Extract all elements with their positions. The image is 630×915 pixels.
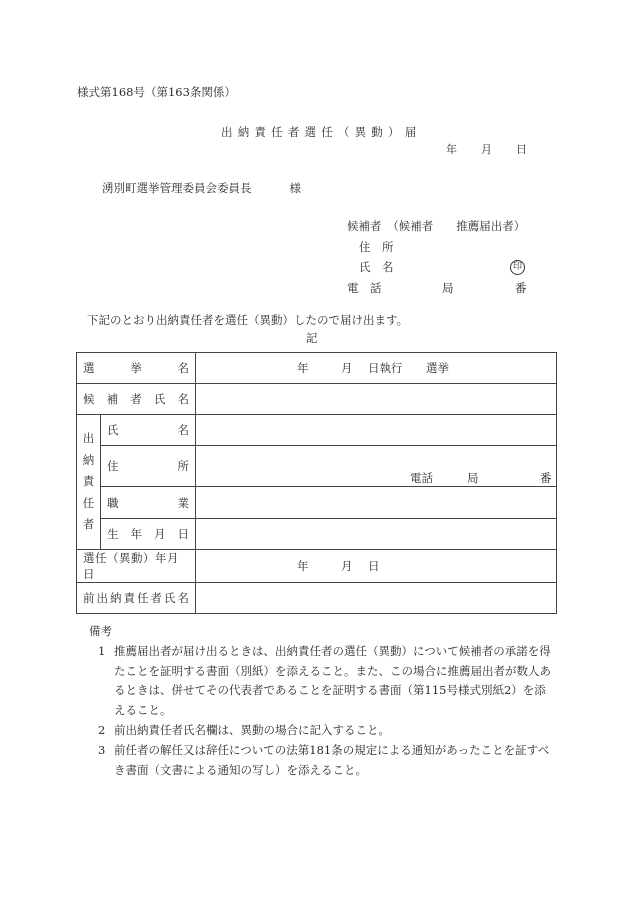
label-char: 者 bbox=[130, 391, 142, 407]
note-text: 前任者の解任又は辞任についての法第181条の規定による通知があったことを証すべき… bbox=[114, 741, 554, 781]
applicant-phone-exchange: 局 bbox=[442, 278, 454, 299]
label-treasurer-occupation: 職 業 bbox=[100, 487, 195, 519]
election-type: 選挙 bbox=[426, 360, 449, 376]
label-char: 年 bbox=[130, 526, 142, 542]
election-month: 月 bbox=[341, 360, 353, 376]
field-treasurer-birthdate[interactable] bbox=[195, 519, 556, 550]
field-treasurer-occupation[interactable] bbox=[195, 487, 556, 519]
label-char: 職 bbox=[107, 495, 119, 511]
addressee: 湧別町選挙管理委員会委員長様 bbox=[102, 180, 301, 196]
label-text: 選任（異動）年月日 bbox=[83, 551, 179, 581]
label-char: 名 bbox=[177, 422, 189, 438]
applicant-name: 氏 名 印 bbox=[347, 257, 549, 278]
applicant-name-label: 氏 名 bbox=[359, 260, 394, 274]
note-item: 2 前出納責任者氏名欄は、異動の場合に記入すること。 bbox=[89, 721, 554, 741]
row-treasurer-address: 住 所 電話 局 番 bbox=[77, 446, 557, 487]
applicant-address: 住 所 bbox=[347, 237, 549, 258]
treasurer-form-table: 選 挙 名 年 月 日執行 選挙 候 補 者 氏 名 bbox=[76, 352, 557, 614]
row-appointment-date: 選任（異動）年月日 年 月 日 bbox=[77, 550, 557, 583]
submission-date: 年月日 bbox=[446, 141, 527, 157]
applicant-phone-label: 電 話 bbox=[347, 278, 382, 299]
applicant-address-label: 住 所 bbox=[359, 240, 394, 254]
label-char: 名 bbox=[177, 590, 189, 606]
label-election-name: 選 挙 名 bbox=[77, 353, 196, 384]
field-election-name[interactable]: 年 月 日執行 選挙 bbox=[195, 353, 556, 384]
label-char: 前 bbox=[83, 590, 95, 606]
ki-heading: 記 bbox=[306, 330, 318, 346]
label-char: 所 bbox=[177, 458, 189, 474]
row-treasurer-name: 出 納 責 任 者 氏 名 bbox=[77, 415, 557, 446]
appointment-month: 月 bbox=[341, 558, 353, 574]
treasurer-phone-label: 電話 bbox=[410, 470, 433, 486]
label-char: 選 bbox=[83, 360, 95, 376]
addressee-honorific: 様 bbox=[290, 180, 302, 196]
field-appointment-date[interactable]: 年 月 日 bbox=[195, 550, 556, 583]
date-day: 日 bbox=[516, 141, 527, 157]
date-month: 月 bbox=[481, 141, 492, 157]
label-char: 住 bbox=[107, 458, 119, 474]
label-treasurer-birthdate: 生 年 月 日 bbox=[100, 519, 195, 550]
label-char: 候 bbox=[83, 391, 95, 407]
election-day-exec: 日執行 bbox=[368, 360, 403, 376]
form-title: 出納責任者選任（異動）届 bbox=[221, 124, 421, 140]
label-char: 月 bbox=[154, 526, 166, 542]
date-year: 年 bbox=[446, 141, 457, 157]
row-election-name: 選 挙 名 年 月 日執行 選挙 bbox=[77, 353, 557, 384]
addressee-name: 湧別町選挙管理委員会委員長 bbox=[102, 181, 252, 195]
notes-section: 備考 1 推薦届出者が届け出るときは、出納責任者の選任（異動）について候補者の承… bbox=[89, 622, 554, 780]
note-text: 推薦届出者が届け出るときは、出納責任者の選任（異動）について候補者の承諾を得たこ… bbox=[114, 642, 554, 721]
note-item: 1 推薦届出者が届け出るときは、出納責任者の選任（異動）について候補者の承諾を得… bbox=[89, 642, 554, 721]
label-treasurer-group: 出 納 責 任 者 bbox=[77, 415, 101, 550]
label-char: 納 bbox=[77, 450, 100, 472]
label-char: 業 bbox=[177, 495, 189, 511]
label-candidate-name: 候 補 者 氏 名 bbox=[77, 384, 196, 415]
label-char: 日 bbox=[177, 526, 189, 542]
note-number: 1 bbox=[98, 642, 105, 662]
appointment-year: 年 bbox=[297, 558, 309, 574]
label-char: 生 bbox=[107, 526, 119, 542]
label-previous-treasurer: 前 出 納 責 任 者 氏 名 bbox=[77, 583, 196, 614]
label-char: 者 bbox=[77, 514, 100, 536]
label-char: 納 bbox=[110, 590, 122, 606]
field-candidate-name[interactable] bbox=[195, 384, 556, 415]
note-number: 2 bbox=[98, 721, 105, 741]
applicant-phone-number: 番 bbox=[515, 278, 527, 299]
treasurer-phone-number: 番 bbox=[540, 470, 552, 486]
field-treasurer-address[interactable]: 電話 局 番 bbox=[195, 446, 556, 487]
seal-icon: 印 bbox=[510, 260, 525, 275]
label-char: 任 bbox=[137, 590, 149, 606]
label-char: 氏 bbox=[107, 422, 119, 438]
field-treasurer-name[interactable] bbox=[195, 415, 556, 446]
appointment-day: 日 bbox=[368, 558, 380, 574]
label-char: 挙 bbox=[130, 360, 142, 376]
label-treasurer-name: 氏 名 bbox=[100, 415, 195, 446]
label-char: 氏 bbox=[154, 391, 166, 407]
row-treasurer-birthdate: 生 年 月 日 bbox=[77, 519, 557, 550]
label-char: 責 bbox=[77, 471, 100, 493]
field-previous-treasurer[interactable] bbox=[195, 583, 556, 614]
label-appointment-date: 選任（異動）年月日 bbox=[77, 550, 196, 583]
notes-heading: 備考 bbox=[89, 622, 554, 642]
treasurer-phone-exchange: 局 bbox=[467, 470, 479, 486]
label-char: 出 bbox=[77, 428, 100, 450]
form-number: 様式第168号（第163条関係） bbox=[77, 84, 236, 100]
election-year: 年 bbox=[297, 360, 309, 376]
label-char: 名 bbox=[177, 391, 189, 407]
applicant-heading: 候補者 （候補者 推薦届出者） bbox=[347, 216, 537, 237]
row-previous-treasurer: 前 出 納 責 任 者 氏 名 bbox=[77, 583, 557, 614]
label-char: 責 bbox=[123, 590, 135, 606]
label-char: 任 bbox=[77, 493, 100, 515]
label-char: 出 bbox=[96, 590, 108, 606]
label-treasurer-address: 住 所 bbox=[100, 446, 195, 487]
label-char: 名 bbox=[177, 360, 189, 376]
label-char: 氏 bbox=[164, 590, 176, 606]
applicant-block: 候補者 （候補者 推薦届出者） 住 所 氏 名 印 電 話 局 番 bbox=[347, 216, 549, 298]
label-char: 者 bbox=[150, 590, 162, 606]
row-treasurer-occupation: 職 業 bbox=[77, 487, 557, 519]
applicant-phone: 電 話 局 番 bbox=[347, 278, 537, 299]
label-char: 補 bbox=[107, 391, 119, 407]
note-text: 前出納責任者氏名欄は、異動の場合に記入すること。 bbox=[114, 721, 554, 741]
intro-text: 下記のとおり出納責任者を選任（異動）したので届け出ます。 bbox=[87, 312, 408, 328]
note-number: 3 bbox=[98, 741, 105, 761]
row-candidate-name: 候 補 者 氏 名 bbox=[77, 384, 557, 415]
note-item: 3 前任者の解任又は辞任についての法第181条の規定による通知があったことを証す… bbox=[89, 741, 554, 781]
